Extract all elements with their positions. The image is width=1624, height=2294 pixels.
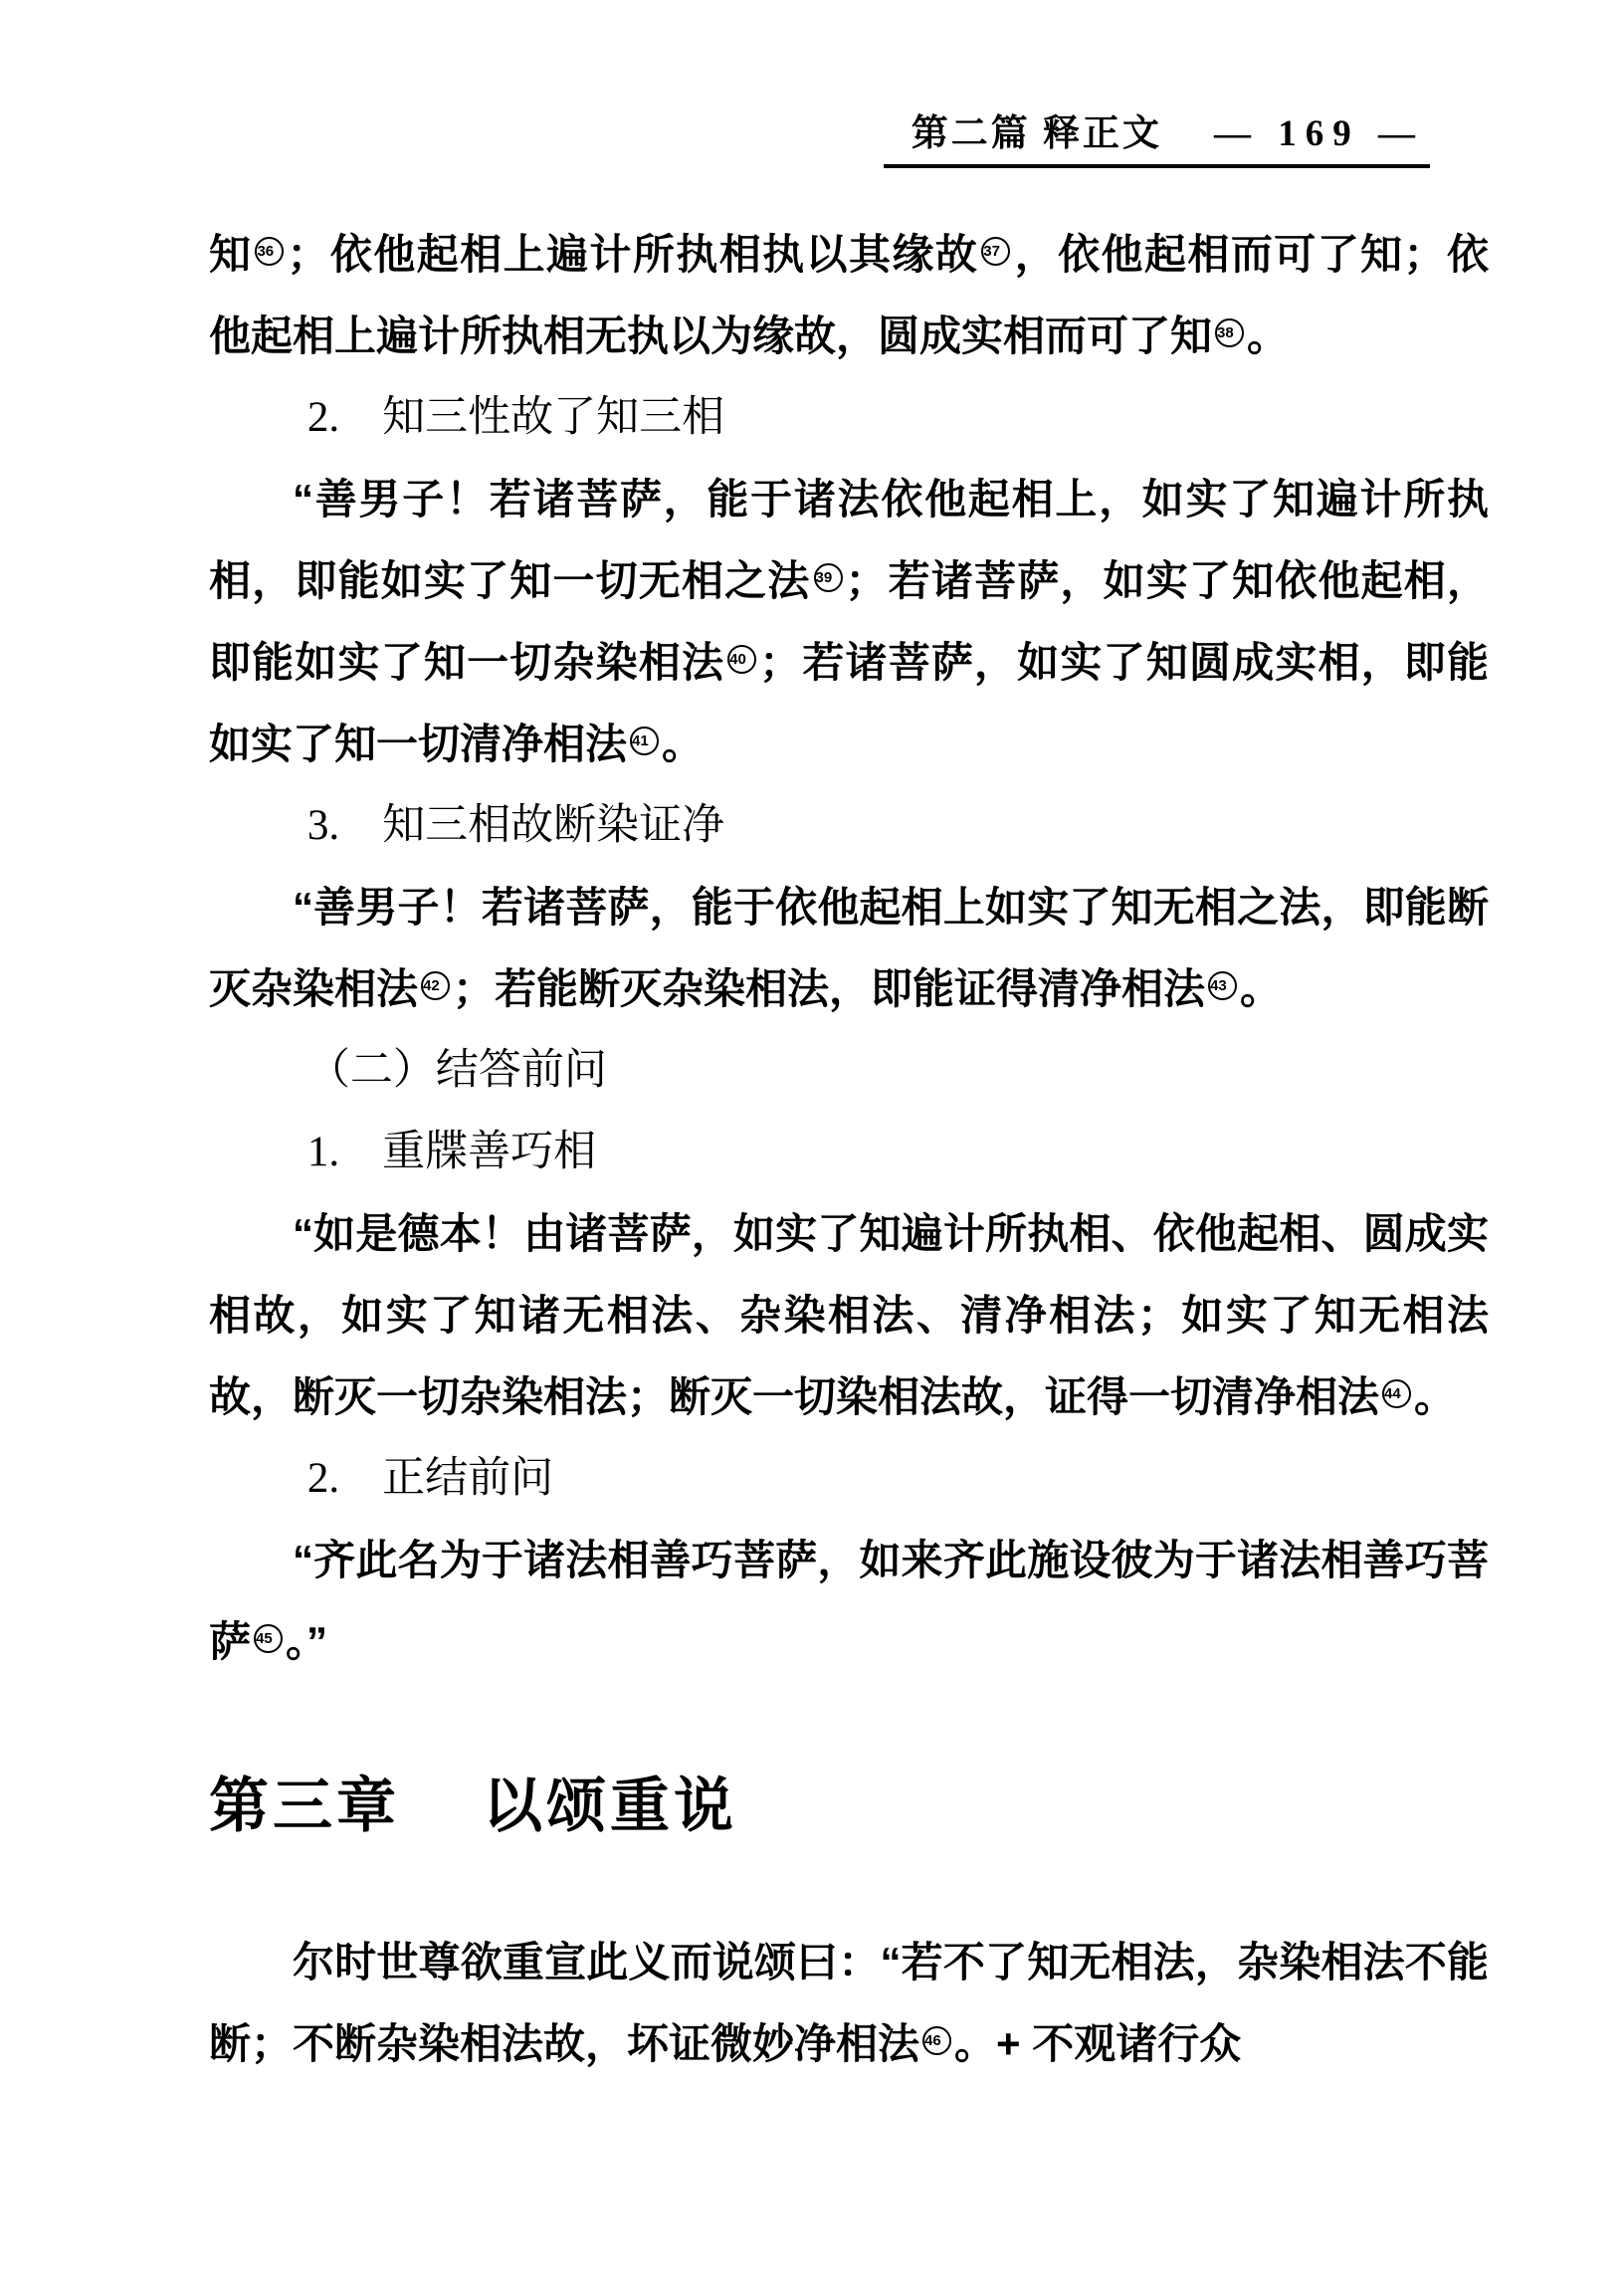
text-run: “如是德本！由诸菩萨，如实了知遍计所执相、依他起相、圆成实相故，如实了知诸无相法… [209,1210,1489,1420]
footnote-marker: 43 [1208,971,1237,1000]
text-run: 尔时世尊欲重宣此义而说颂曰：“若不了知无相法，杂染相法不能断；不断杂染相法故，坏… [209,1939,1489,2067]
paragraph: “善男子！若诸菩萨，能于诸法依他起相上，如实了知遍计所执相，即能如实了知一切无相… [209,459,1489,785]
text-run: 。 [1240,965,1282,1012]
text-run: 知 [209,231,252,278]
paragraph: 尔时世尊欲重宣此义而说颂曰：“若不了知无相法，杂染相法不能断；不断杂染相法故，坏… [209,1922,1489,2085]
paragraph: “如是德本！由诸菩萨，如实了知遍计所执相、依他起相、圆成实相故，如实了知诸无相法… [209,1193,1489,1438]
footnote-marker: 44 [1382,1379,1411,1408]
text-run: “齐此名为于诸法相善巧菩萨，如来齐此施设彼为于诸法相善巧菩萨 [209,1537,1489,1665]
footnote-marker: 38 [1215,318,1244,347]
section-heading: （二）结答前问 [209,1030,1489,1112]
page-header: 第二篇 释正文— 169 — [0,0,1624,168]
footnote-marker: 42 [421,971,450,1000]
page-content: 知36；依他起相上遍计所执相执以其缘故37，依他起相而可了知；依他起相上遍计所执… [209,214,1489,2085]
footnote-marker: 45 [254,1624,283,1653]
footnote-marker: 41 [630,727,659,755]
section-heading: 3. 知三相故断染证净 [209,785,1489,867]
paragraph: 知36；依他起相上遍计所执相执以其缘故37，依他起相而可了知；依他起相上遍计所执… [209,214,1489,377]
footnote-marker: 40 [727,645,756,674]
chapter-heading: 第三章 以颂重说 [209,1759,1489,1854]
section-heading: 2. 正结前问 [209,1438,1489,1520]
paragraph: “齐此名为于诸法相善巧菩萨，如来齐此施设彼为于诸法相善巧菩萨45。” [209,1520,1489,1683]
footnote-marker: 37 [981,237,1010,266]
text-run: 。 [1247,313,1289,359]
running-head-section: 第二篇 释正文 [912,113,1162,154]
text-run: ；依他起相上遍计所执相执以其缘故 [287,231,978,278]
running-head: 第二篇 释正文— 169 — [884,112,1430,168]
footnote-marker: 46 [922,2026,951,2055]
text-run: 。” [286,1618,327,1665]
text-run: ；若能断灭杂染相法，即能证得清净相法 [453,965,1205,1012]
text-run: 。 [1414,1373,1456,1420]
page-number: — 169 — [1214,113,1424,154]
footnote-marker: 39 [814,563,843,592]
section-heading: 1. 重牒善巧相 [209,1112,1489,1193]
section-heading: 2. 知三性故了知三相 [209,377,1489,459]
book-page: 第二篇 释正文— 169 — 知36；依他起相上遍计所执相执以其缘故37，依他起… [0,0,1624,2294]
text-run: 。 [662,721,704,767]
text-run: 。+ 不观诸行众 [954,2020,1241,2067]
footnote-marker: 36 [255,237,284,266]
paragraph: “善男子！若诸菩萨，能于依他起相上如实了知无相之法，即能断灭杂染相法42；若能断… [209,867,1489,1030]
